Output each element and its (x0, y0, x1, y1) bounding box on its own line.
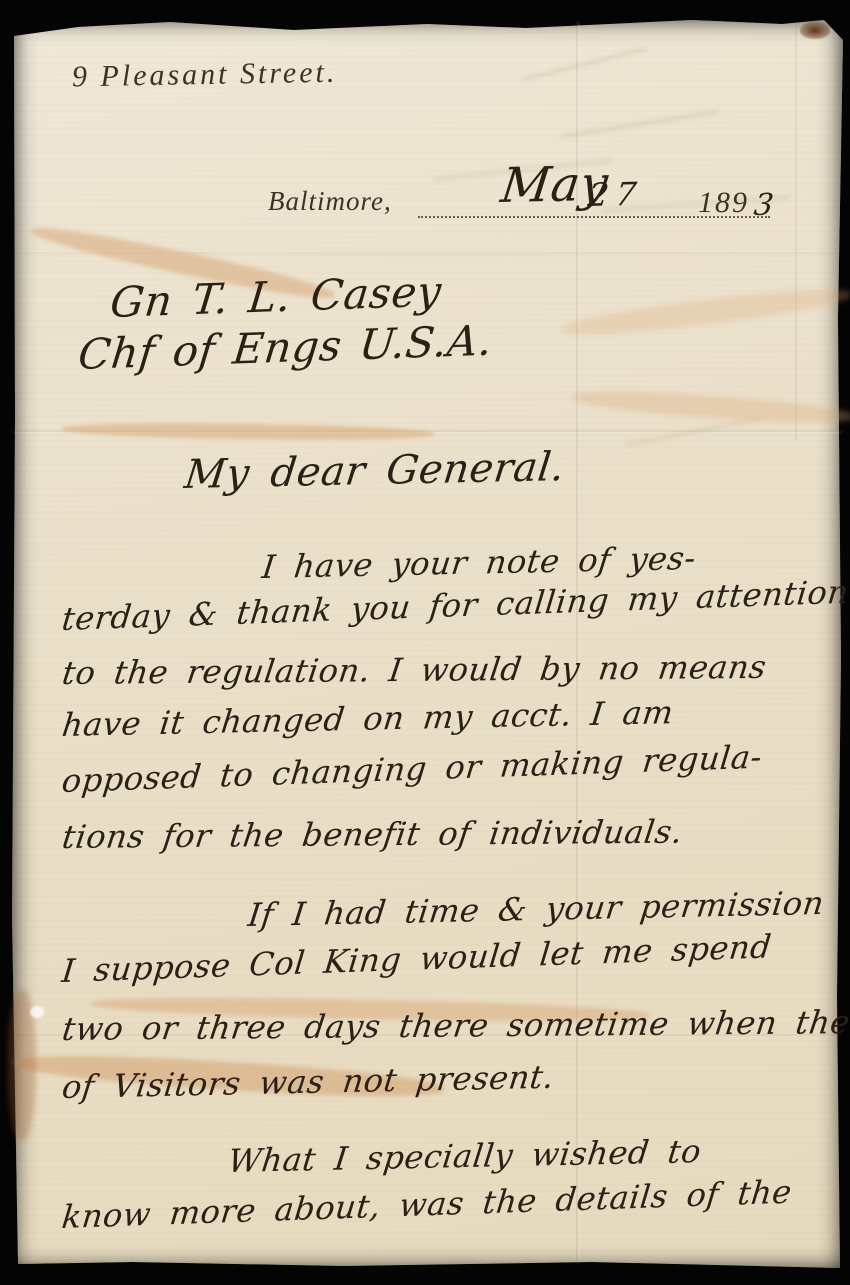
body-line: tions for the benefit of individuals. (60, 813, 685, 856)
letter-scan: 9 Pleasant Street. Baltimore, May 27 189… (0, 0, 850, 1285)
burn-spot-top-right (800, 22, 830, 39)
printed-year-prefix: 189 (698, 186, 749, 220)
vertical-fold-crease-right (795, 20, 797, 440)
salutation: My dear General. (182, 444, 567, 498)
white-fleck (30, 1006, 44, 1018)
body-line: to the regulation. I would by no means (60, 648, 769, 692)
letterhead-street-address: 9 Pleasant Street. (72, 56, 338, 95)
body-line: two or three days there sometime when th… (60, 1003, 850, 1048)
handwritten-day: 27 (586, 175, 645, 214)
letterhead-city: Baltimore, (268, 186, 392, 217)
